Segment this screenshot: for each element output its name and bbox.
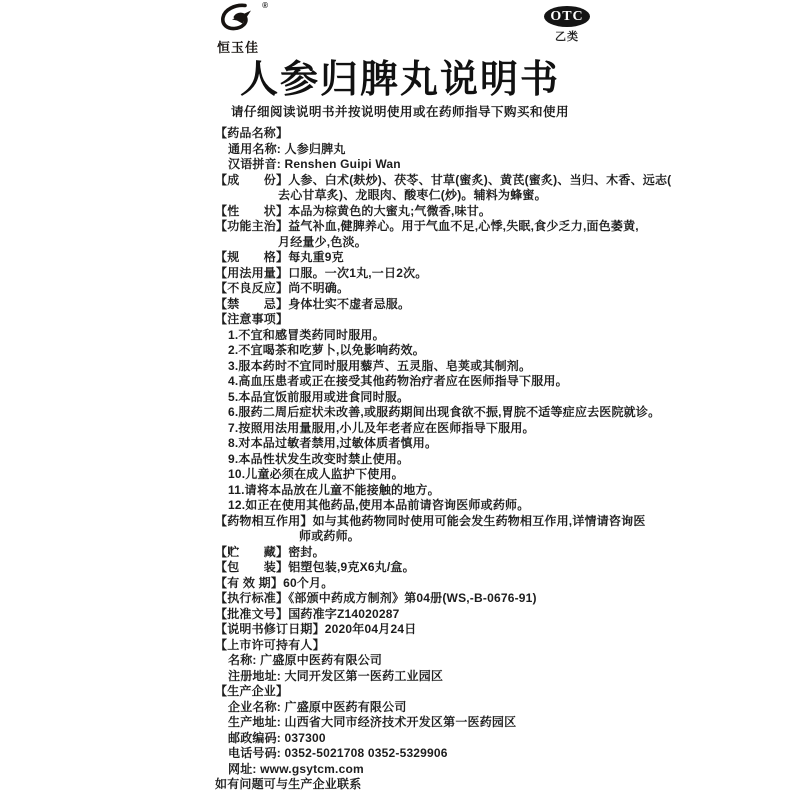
- leaflet-line: 如有问题可与生产企业联系: [215, 777, 597, 793]
- leaflet-line: 【禁 忌】身体壮实不虚者忌服。: [215, 297, 597, 313]
- otc-oval-icon: OTC: [544, 6, 590, 27]
- leaflet-line: 【贮 藏】密封。: [215, 545, 597, 561]
- leaflet-line: 邮政编码: 037300: [215, 731, 597, 747]
- leaflet-body: 【药品名称】通用名称: 人参归脾丸汉语拼音: Renshen Guipi Wan…: [215, 126, 597, 793]
- leaflet-line: 9.本品性状发生改变时禁止使用。: [215, 452, 597, 468]
- otc-category-label: 乙类: [541, 28, 593, 44]
- leaflet-line: 名称: 广盛原中医药有限公司: [215, 653, 597, 669]
- leaflet-line: 【批准文号】国药准字Z14020287: [215, 607, 597, 623]
- leaflet-line: 【注意事项】: [215, 312, 597, 328]
- leaflet-line: 【药品名称】: [215, 126, 597, 142]
- leaflet-line: 【不良反应】尚不明确。: [215, 281, 597, 297]
- leaflet-line: 汉语拼音: Renshen Guipi Wan: [215, 157, 597, 173]
- leaflet-line: 7.按照用法用量服用,小儿及年老者应在医师指导下服用。: [215, 421, 597, 437]
- leaflet-line: 【说明书修订日期】2020年04月24日: [215, 622, 597, 638]
- leaflet-line: 电话号码: 0352-5021708 0352-5329906: [215, 746, 597, 762]
- leaflet-line: 3.服本药时不宜同时服用藜芦、五灵脂、皂荚或其制剂。: [215, 359, 597, 375]
- leaflet-line: 【有 效 期】60个月。: [215, 576, 597, 592]
- page-subtitle: 请仔细阅读说明书并按说明使用或在药师指导下购买和使用: [0, 102, 800, 120]
- leaflet-line: 月经量少,色淡。: [215, 235, 597, 251]
- leaflet-line: 6.服药二周后症状未改善,或服药期间出现食欲不振,胃脘不适等症应去医院就诊。: [215, 405, 597, 421]
- leaflet-line: 10.儿童必须在成人监护下使用。: [215, 467, 597, 483]
- leaflet-line: 【生产企业】: [215, 684, 597, 700]
- leaflet-line: 8.对本品过敏者禁用,过敏体质者慎用。: [215, 436, 597, 452]
- leaflet-line: 【包 装】铝塑包装,9克X6丸/盒。: [215, 560, 597, 576]
- leaflet-line: 【执行标准】《部颁中药成方制剂》第04册(WS,-B-0676-91): [215, 591, 597, 607]
- leaflet-line: 5.本品宜饭前服用或进食同时服。: [215, 390, 597, 406]
- leaflet-line: 【用法用量】口服。一次1丸,一日2次。: [215, 266, 597, 282]
- leaflet-line: 【上市许可持有人】: [215, 638, 597, 654]
- registered-trademark-symbol: ®: [262, 1, 268, 10]
- leaflet-line: 1.不宜和感冒类药同时服用。: [215, 328, 597, 344]
- leaflet-line: 去心甘草炙)、龙眼肉、酸枣仁(炒)。辅料为蜂蜜。: [215, 188, 597, 204]
- leaflet-page: ® 恒玉佳 OTC 乙类 人参归脾丸说明书 请仔细阅读说明书并按说明使用或在药师…: [0, 0, 800, 800]
- leaflet-line: 12.如正在使用其他药品,使用本品前请咨询医师或药师。: [215, 498, 597, 514]
- leaflet-line: 【性 状】本品为棕黄色的大蜜丸;气微香,味甘。: [215, 204, 597, 220]
- leaflet-line: 4.高血压患者或正在接受其他药物治疗者应在医师指导下服用。: [215, 374, 597, 390]
- leaflet-line: 【功能主治】益气补血,健脾养心。用于气血不足,心悸,失眠,食少乏力,面色萎黄,: [215, 219, 597, 235]
- leaflet-line: 11.请将本品放在儿童不能接触的地方。: [215, 483, 597, 499]
- leaflet-line: 网址: www.gsytcm.com: [215, 762, 597, 778]
- otc-badge: OTC 乙类: [541, 6, 593, 44]
- page-title: 人参归脾丸说明书: [0, 48, 800, 103]
- leaflet-line: 生产地址: 山西省大同市经济技术开发区第一医药园区: [215, 715, 597, 731]
- leaflet-line: 2.不宜喝茶和吃萝卜,以免影响药效。: [215, 343, 597, 359]
- leaflet-line: 企业名称: 广盛原中医药有限公司: [215, 700, 597, 716]
- leaflet-line: 【规 格】每丸重9克: [215, 250, 597, 266]
- leaflet-line: 【成 份】人参、白术(麸炒)、茯苓、甘草(蜜炙)、黄芪(蜜炙)、当归、木香、远志…: [215, 173, 597, 189]
- leaflet-line: 【药物相互作用】如与其他药物同时使用可能会发生药物相互作用,详情请咨询医: [215, 514, 597, 530]
- leaflet-line: 师或药师。: [215, 529, 597, 545]
- leaflet-line: 通用名称: 人参归脾丸: [215, 142, 597, 158]
- leaflet-line: 注册地址: 大同开发区第一医药工业园区: [215, 669, 597, 685]
- hengyujia-logo-icon: ®: [215, 3, 261, 31]
